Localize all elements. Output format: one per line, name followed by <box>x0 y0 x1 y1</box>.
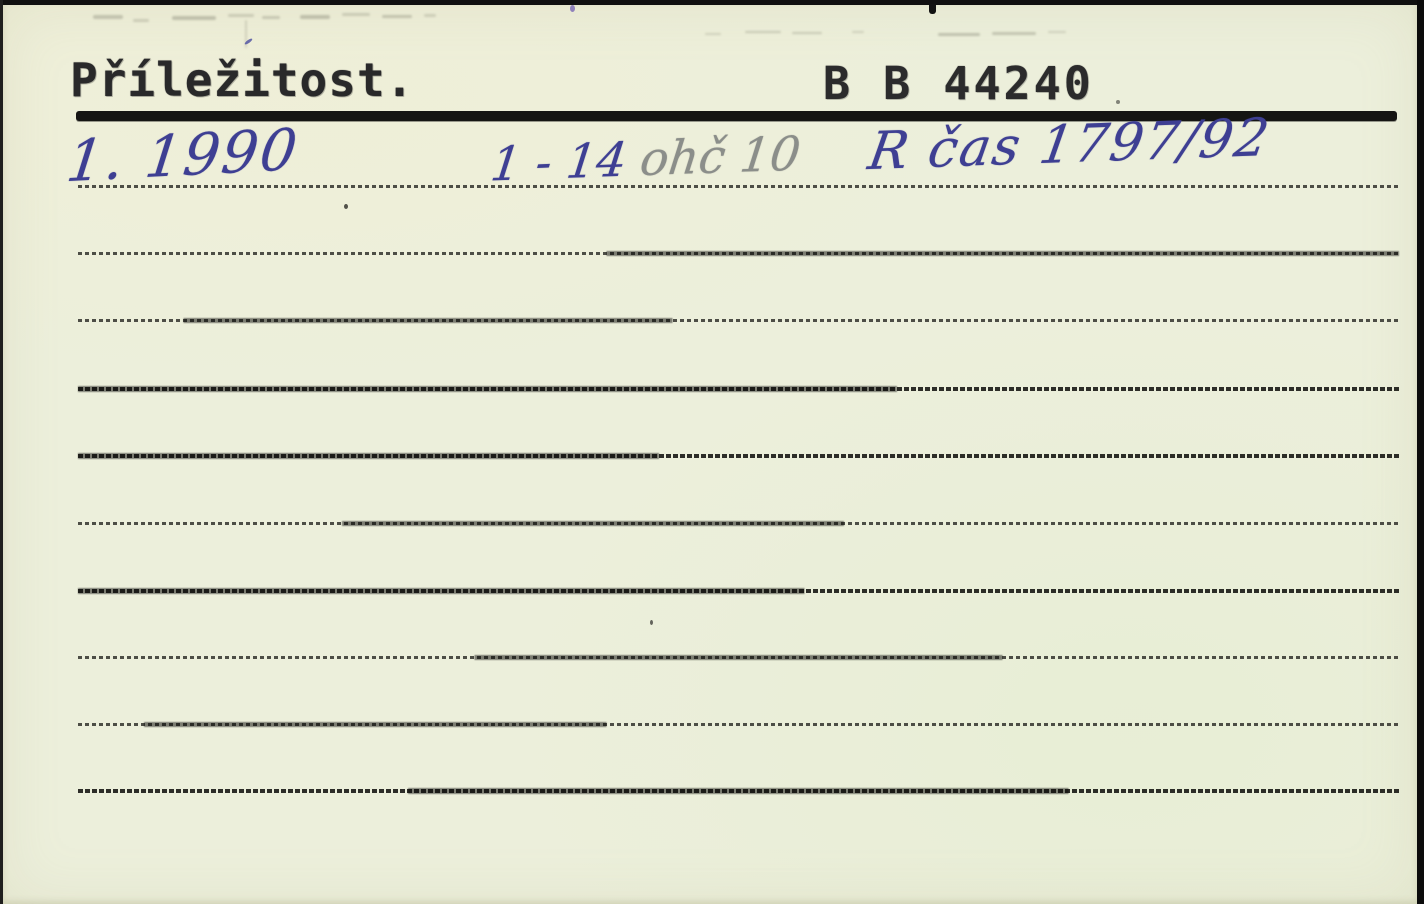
bleed-through-mark <box>133 19 149 22</box>
ink-speck <box>1116 100 1120 104</box>
ruled-line <box>78 387 1399 391</box>
bleed-through-mark <box>93 15 123 19</box>
bleed-through-mark <box>745 31 781 33</box>
ruled-line <box>78 656 1399 659</box>
bleed-through-mark <box>300 15 330 19</box>
handwritten-issue-info: 1 - 14ohč 10 <box>488 126 804 192</box>
bleed-through-mark <box>172 16 216 20</box>
ruled-line <box>78 522 1399 525</box>
bleed-through-mark <box>992 32 1036 35</box>
ruled-line <box>78 589 1399 593</box>
call-number: B B 44240 <box>823 61 1094 106</box>
bleed-through-mark <box>1048 31 1066 33</box>
ruled-line <box>78 252 1399 255</box>
bleed-through-mark <box>424 14 436 17</box>
bleed-through-mark <box>792 32 822 34</box>
bleed-through-mark <box>228 14 254 17</box>
ruled-line <box>78 319 1399 322</box>
handwritten-shelfmark: R čas 1797/92 <box>864 108 1274 182</box>
ruled-line <box>78 789 1399 793</box>
bleed-through-mark <box>382 15 412 18</box>
card-title: Příležitost. <box>70 57 414 103</box>
ruled-line <box>78 185 1399 188</box>
ink-speck <box>570 5 575 12</box>
scan-edge-top <box>0 0 1424 5</box>
bleed-through-mark <box>852 31 864 33</box>
ink-speck <box>650 620 653 625</box>
ink-speck <box>344 204 348 209</box>
bleed-through-mark <box>342 13 370 16</box>
ruled-line <box>78 723 1399 726</box>
catalog-card-paper: Příležitost. B B 44240 1. 1990 1 - 14ohč… <box>3 5 1417 904</box>
ruled-line <box>78 454 1399 458</box>
bleed-through-mark <box>262 16 280 19</box>
scan-edge-artifact <box>929 4 936 14</box>
scan-edge-right <box>1417 0 1424 904</box>
bleed-through-mark <box>938 33 980 36</box>
scan-edge-left <box>0 0 3 904</box>
bleed-through-mark <box>705 33 721 35</box>
issue-note-pencil: ohč 10 <box>637 126 803 187</box>
